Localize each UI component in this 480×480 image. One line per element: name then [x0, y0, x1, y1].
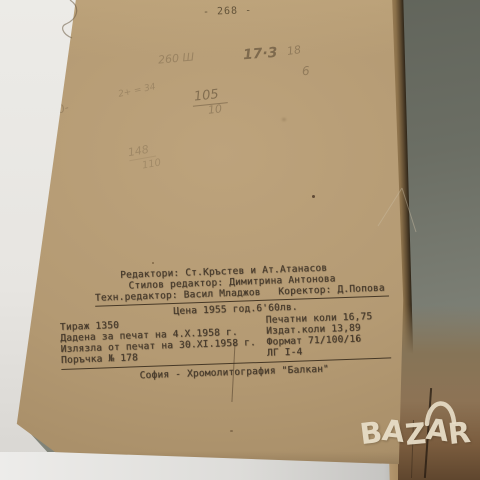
page-number: - 268 - — [203, 5, 253, 18]
paper-speck — [152, 262, 154, 264]
lg-code-line: ЛГ I-4 — [267, 344, 391, 360]
tech-editor-line: Техн.редактор: Васил Младжов — [95, 287, 261, 304]
stray-hair — [52, 0, 122, 43]
paper-speck — [312, 195, 315, 198]
print-details-left-column: Тираж 1350 Дадена за печат на 4.X.1958 г… — [60, 315, 267, 367]
pencil-mark: 260 Ш — [158, 50, 195, 66]
corrector-line: Коректор: Д.Попова — [278, 283, 385, 298]
paper-speck — [356, 338, 358, 341]
pencil-mark: 2+ = 34 — [117, 82, 156, 100]
paper-speck — [282, 118, 286, 121]
pencil-mark: 18 — [286, 43, 302, 58]
stray-thread — [372, 180, 432, 260]
colophon-block: Редактори: Ст.Кръстев и Ат.Атанасов Стил… — [58, 260, 398, 383]
pencil-mark: 6 — [302, 64, 311, 78]
pencil-mark: 10 — [207, 102, 222, 116]
print-details-right-column: Печатни коли 16,75 Издат.коли 13,89 Форм… — [266, 310, 391, 359]
shopping-bag-icon — [421, 392, 461, 426]
paper-speck — [230, 430, 233, 432]
watermark-letter: A — [381, 417, 406, 445]
print-details-table: Тираж 1350 Дадена за печат на 4.X.1958 г… — [60, 310, 391, 369]
pencil-mark: 110 — [141, 157, 162, 171]
photo-of-book-colophon-page: - 268 - 260 Ш 17·3 18 6 105 10 180- 2+ =… — [0, 0, 480, 480]
pencil-mark: 17·3 — [242, 45, 278, 63]
